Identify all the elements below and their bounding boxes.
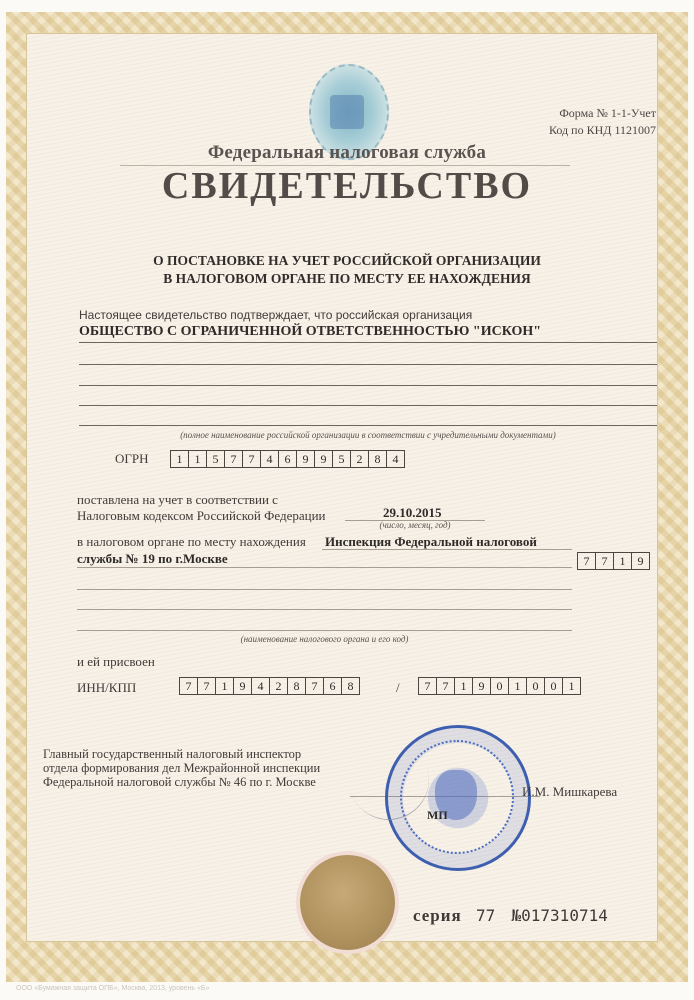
ogrn-digit-boxes: 1157746995284 <box>170 450 405 468</box>
digit-box: 8 <box>288 678 306 694</box>
digit-box: 1 <box>189 451 207 467</box>
digit-box: 2 <box>270 678 288 694</box>
series-label: серия <box>413 906 462 925</box>
date-caption: (число, месяц, год) <box>345 520 485 530</box>
registration-line-2: Налоговым кодексом Российской Федерации <box>77 508 326 524</box>
digit-box: 4 <box>261 451 279 467</box>
digit-box: 1 <box>614 553 632 569</box>
digit-box: 7 <box>243 451 261 467</box>
position-line-3: Федеральной налоговой службы № 46 по г. … <box>43 775 320 789</box>
digit-box: 1 <box>563 678 580 694</box>
name-line-2 <box>79 364 657 365</box>
digit-box: 8 <box>369 451 387 467</box>
knd-code: Код по КНД 1121007 <box>549 122 656 139</box>
digit-box: 1 <box>509 678 527 694</box>
form-identifier: Форма № 1-1-Учет Код по КНД 1121007 <box>549 105 656 139</box>
digit-box: 9 <box>297 451 315 467</box>
digit-box: 8 <box>342 678 359 694</box>
digit-box: 7 <box>198 678 216 694</box>
document-title: СВИДЕТЕЛЬСТВО <box>0 164 694 208</box>
digit-box: 5 <box>207 451 225 467</box>
digit-box: 5 <box>333 451 351 467</box>
inn-kpp-label: ИНН/КПП <box>77 680 136 696</box>
name-caption: (полное наименование российской организа… <box>79 430 657 440</box>
assigned-intro: и ей присвоен <box>77 654 155 670</box>
digit-box: 6 <box>279 451 297 467</box>
form-number: Форма № 1-1-Учет <box>549 105 656 122</box>
name-line-4 <box>79 405 657 406</box>
subtitle-line-2: В НАЛОГОВОМ ОРГАНЕ ПО МЕСТУ ЕЕ НАХОЖДЕНИ… <box>0 270 694 288</box>
gold-seal-icon <box>300 855 395 950</box>
ogrn-label: ОГРН <box>115 451 149 467</box>
position-line-2: отдела формирования дел Межрайонной инсп… <box>43 761 320 775</box>
digit-box: 4 <box>252 678 270 694</box>
series-value: 77 <box>476 906 495 925</box>
authority-line-3 <box>77 589 572 590</box>
digit-box: 6 <box>324 678 342 694</box>
printer-note: ООО «Бумажная защита ОПБ», Москва, 2013,… <box>16 985 209 992</box>
authority-intro: в налоговом органе по месту нахождения <box>77 534 306 550</box>
document-subtitle: О ПОСТАНОВКЕ НА УЧЕТ РОССИЙСКОЙ ОРГАНИЗА… <box>0 252 694 288</box>
name-line-1 <box>79 342 657 343</box>
signatory-position: Главный государственный налоговый инспек… <box>43 747 320 789</box>
registration-date: 29.10.2015 <box>383 505 442 521</box>
authority-caption: (наименование налогового органа и его ко… <box>77 634 572 644</box>
organization-name: ОБЩЕСТВО С ОГРАНИЧЕННОЙ ОТВЕТСТВЕННОСТЬЮ… <box>79 324 541 340</box>
position-line-1: Главный государственный налоговый инспек… <box>43 747 320 761</box>
authority-name-line-2: службы № 19 по г.Москве <box>77 551 228 567</box>
authority-line-2 <box>77 567 572 568</box>
digit-box: 1 <box>216 678 234 694</box>
serial-number: серия 77 №017310714 <box>413 906 608 926</box>
kpp-digit-boxes: 771901001 <box>418 677 581 695</box>
digit-box: 7 <box>225 451 243 467</box>
digit-box: 4 <box>387 451 404 467</box>
digit-box: 9 <box>473 678 491 694</box>
inn-kpp-separator: / <box>396 680 400 696</box>
authority-code-boxes: 7719 <box>577 552 650 570</box>
name-line-5 <box>79 425 657 426</box>
authority-line-5 <box>77 630 572 631</box>
inn-digit-boxes: 7719428768 <box>179 677 360 695</box>
digit-box: 9 <box>234 678 252 694</box>
authority-line-4 <box>77 609 572 610</box>
digit-box: 9 <box>315 451 333 467</box>
intro-text: Настоящее свидетельство подтверждает, чт… <box>79 308 472 322</box>
certificate-number: №017310714 <box>512 906 608 925</box>
registration-line-1: поставлена на учет в соответствии с <box>77 492 278 508</box>
digit-box: 2 <box>351 451 369 467</box>
digit-box: 7 <box>180 678 198 694</box>
digit-box: 7 <box>596 553 614 569</box>
service-name: Федеральная налоговая служба <box>0 142 694 164</box>
digit-box: 0 <box>545 678 563 694</box>
digit-box: 7 <box>437 678 455 694</box>
signatory-name: И.М. Мишкарева <box>522 784 617 800</box>
authority-name-line-1: Инспекция Федеральной налоговой <box>325 534 537 550</box>
subtitle-line-1: О ПОСТАНОВКЕ НА УЧЕТ РОССИЙСКОЙ ОРГАНИЗА… <box>0 252 694 270</box>
digit-box: 1 <box>171 451 189 467</box>
digit-box: 7 <box>578 553 596 569</box>
authority-line-1 <box>322 549 572 550</box>
stamp-place: МП <box>427 808 448 823</box>
digit-box: 7 <box>306 678 324 694</box>
digit-box: 0 <box>491 678 509 694</box>
digit-box: 9 <box>632 553 649 569</box>
digit-box: 7 <box>419 678 437 694</box>
digit-box: 0 <box>527 678 545 694</box>
digit-box: 1 <box>455 678 473 694</box>
coat-of-arms-icon <box>330 95 364 129</box>
name-line-3 <box>79 385 657 386</box>
